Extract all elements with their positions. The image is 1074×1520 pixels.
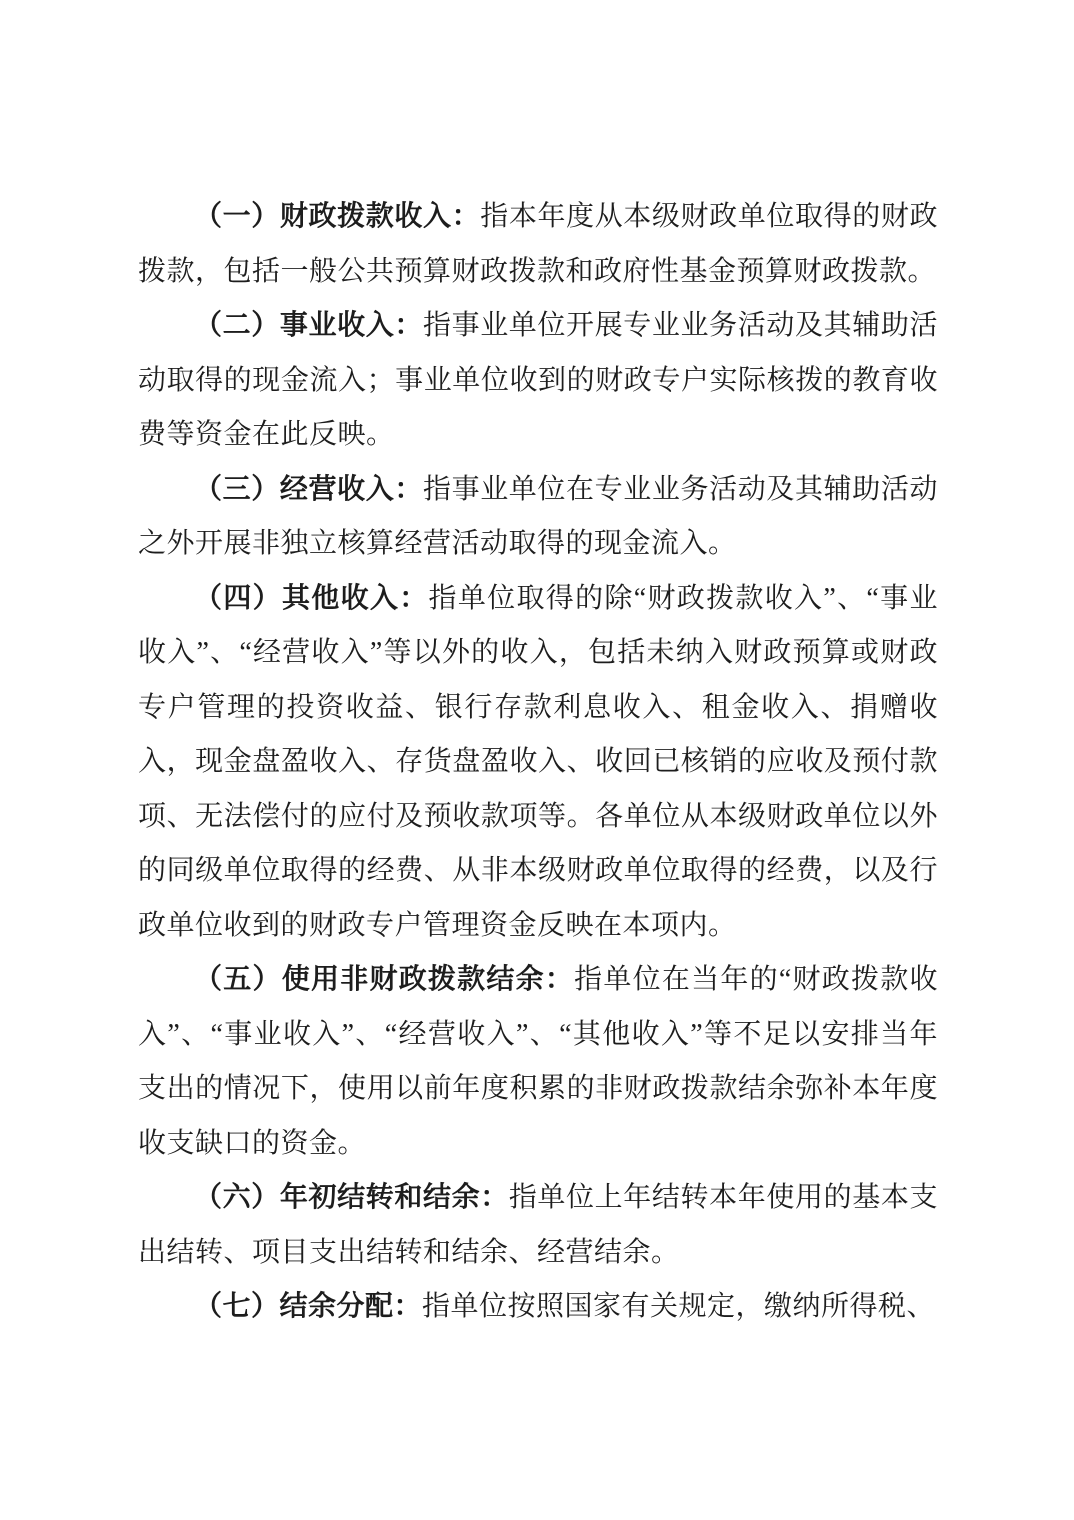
paragraph-7-body: 指单位按照国家有关规定，缴纳所得税、 [422,1291,935,1322]
paragraph-6: （六）年初结转和结余：指单位上年结转本年使用的基本支出结转、项目支出结转和结余、… [138,1171,938,1280]
paragraph-3-heading: （三）经营收入： [194,474,423,505]
paragraph-1: （一）财政拨款收入：指本年度从本级财政单位取得的财政拨款，包括一般公共预算财政拨… [138,190,938,299]
paragraph-4: （四）其他收入：指单位取得的除“财政拨款收入”、“事业收入”、“经营收入”等以外… [138,572,938,954]
paragraph-6-heading: （六）年初结转和结余： [194,1182,509,1213]
paragraph-2: （二）事业收入：指事业单位开展专业业务活动及其辅助活动取得的现金流入；事业单位收… [138,299,938,463]
paragraph-5: （五）使用非财政拨款结余：指单位在当年的“财政拨款收入”、“事业收入”、“经营收… [138,953,938,1171]
paragraph-4-body: 指单位取得的除“财政拨款收入”、“事业收入”、“经营收入”等以外的收入，包括未纳… [138,583,938,941]
paragraph-2-heading: （二）事业收入： [194,310,423,341]
paragraph-5-heading: （五）使用非财政拨款结余： [194,964,574,995]
paragraph-4-heading: （四）其他收入： [194,583,429,614]
text-block: （一）财政拨款收入：指本年度从本级财政单位取得的财政拨款，包括一般公共预算财政拨… [138,190,938,1335]
paragraph-1-heading: （一）财政拨款收入： [194,201,480,232]
paragraph-3: （三）经营收入：指事业单位在专业业务活动及其辅助活动之外开展非独立核算经营活动取… [138,463,938,572]
paragraph-7: （七）结余分配：指单位按照国家有关规定，缴纳所得税、 [138,1280,938,1335]
paragraph-7-heading: （七）结余分配： [194,1291,422,1322]
document-page: （一）财政拨款收入：指本年度从本级财政单位取得的财政拨款，包括一般公共预算财政拨… [0,0,1074,1520]
